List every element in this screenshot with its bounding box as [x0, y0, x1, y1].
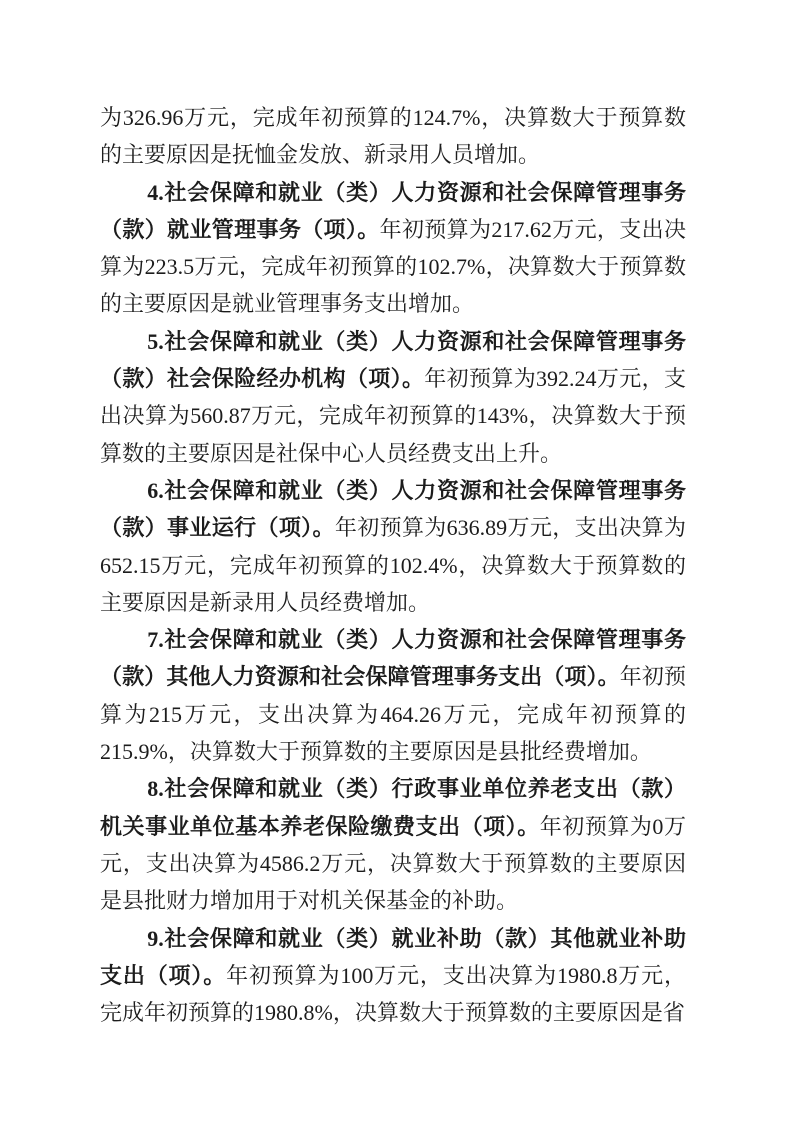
paragraph: 8.社会保障和就业（类）行政事业单位养老支出（款）机关事业单位基本养老保险缴费支…: [100, 770, 686, 919]
paragraph: 5.社会保障和就业（类）人力资源和社会保障管理事务（款）社会保险经办机构（项）。…: [100, 323, 686, 472]
document-page: 为326.96万元，完成年初预算的124.7%，决算数大于预算数的主要原因是抚恤…: [0, 0, 793, 1122]
page-content: 为326.96万元，完成年初预算的124.7%，决算数大于预算数的主要原因是抚恤…: [100, 99, 686, 1031]
paragraph: 7.社会保障和就业（类）人力资源和社会保障管理事务（款）其他人力资源和社会保障管…: [100, 621, 686, 770]
paragraph: 9.社会保障和就业（类）就业补助（款）其他就业补助支出（项）。年初预算为100万…: [100, 920, 686, 1032]
paragraph-text: 为326.96万元，完成年初预算的124.7%，决算数大于预算数的主要原因是抚恤…: [100, 105, 686, 167]
paragraph: 为326.96万元，完成年初预算的124.7%，决算数大于预算数的主要原因是抚恤…: [100, 99, 686, 174]
paragraph-heading: 7.社会保障和就业（类）人力资源和社会保障管理事务（款）其他人力资源和社会保障管…: [100, 627, 686, 689]
paragraph: 6.社会保障和就业（类）人力资源和社会保障管理事务（款）事业运行（项）。年初预算…: [100, 472, 686, 621]
paragraph: 4.社会保障和就业（类）人力资源和社会保障管理事务（款）就业管理事务（项）。年初…: [100, 174, 686, 323]
